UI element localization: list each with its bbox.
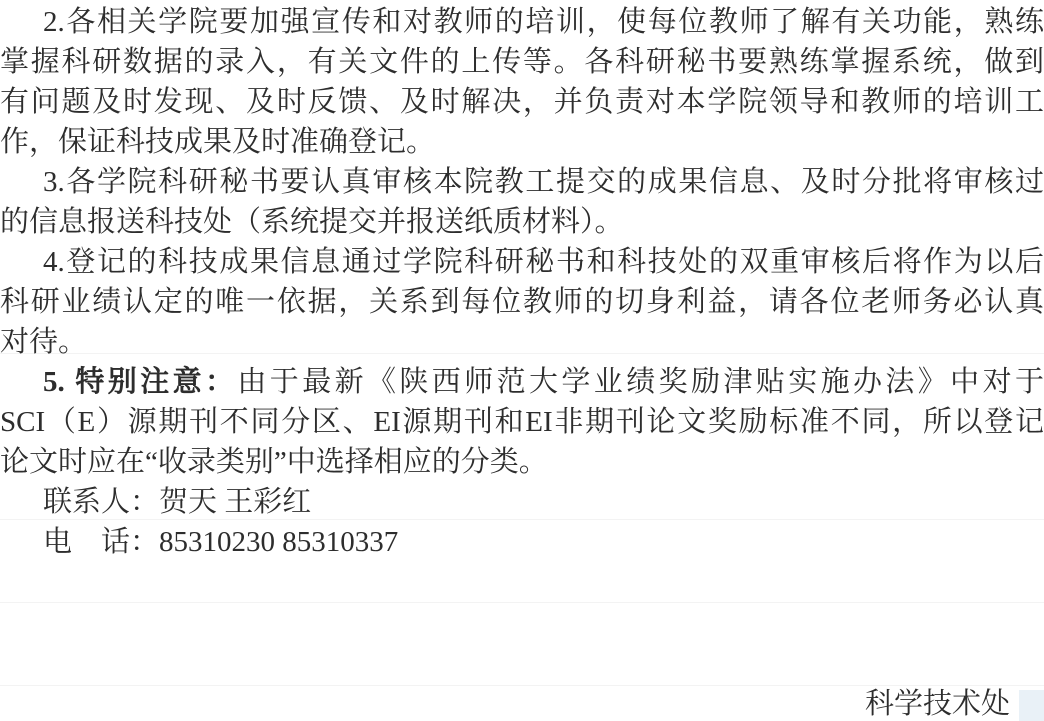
line-text: 电 话：85310230 85310337 <box>43 526 398 558</box>
text-line: 的信息报送科技处（系统提交并报送纸质材料）。 <box>0 202 1044 242</box>
text-line: 论文时应在“收录类别”中选择相应的分类。 <box>0 442 1044 482</box>
line-text: 科研业绩认定的唯一依据，关系到每位教师的切身利益，请各位老师务必认真 <box>0 286 1044 318</box>
line-text: 有问题及时发现、及时反馈、及时解决，并负责对本学院领导和教师的培训工 <box>0 86 1044 118</box>
text-line: 掌握科研数据的录入，有关文件的上传等。各科研秘书要熟练掌握系统，做到 <box>0 42 1044 82</box>
line-text: 2.各相关学院要加强宣传和对教师的培训，使每位教师了解有关功能，熟练 <box>43 6 1044 38</box>
text-line: 科研业绩认定的唯一依据，关系到每位教师的切身利益，请各位老师务必认真 <box>0 282 1044 322</box>
line-text: 作，保证科技成果及时准确登记。 <box>0 126 435 158</box>
text-line: 对待。 <box>0 322 1044 362</box>
text-line: 有问题及时发现、及时反馈、及时解决，并负责对本学院领导和教师的培训工 <box>0 82 1044 122</box>
line-text: 联系人：贺天 王彩红 <box>43 486 311 518</box>
line-text: 掌握科研数据的录入，有关文件的上传等。各科研秘书要熟练掌握系统，做到 <box>0 46 1044 78</box>
text-line: 5. 特别注意：由于最新《陕西师范大学业绩奖励津贴实施办法》中对于 <box>0 362 1044 402</box>
render-artifact-hairline <box>0 602 1044 603</box>
text-line: 电 话：85310230 85310337 <box>0 522 1044 562</box>
signature-department: 科学技术处 <box>865 684 1010 721</box>
line-text: 3.各学院科研秘书要认真审核本院教工提交的成果信息、及时分批将审核过 <box>43 166 1044 198</box>
line-text: 对待。 <box>0 326 87 358</box>
text-line: 2.各相关学院要加强宣传和对教师的培训，使每位教师了解有关功能，熟练 <box>0 2 1044 42</box>
text-line: 作，保证科技成果及时准确登记。 <box>0 122 1044 162</box>
corner-highlight-block <box>1019 690 1044 721</box>
text-line: 4.登记的科技成果信息通过学院科研秘书和科技处的双重审核后将作为以后 <box>0 242 1044 282</box>
text-line: SCI（E）源期刊不同分区、EI源期刊和EI非期刊论文奖励标准不同，所以登记 <box>0 402 1044 442</box>
line-text: 由于最新《陕西师范大学业绩奖励津贴实施办法》中对于 <box>237 366 1044 398</box>
line-text: 论文时应在“收录类别”中选择相应的分类。 <box>0 446 548 478</box>
line-text: SCI（E）源期刊不同分区、EI源期刊和EI非期刊论文奖励标准不同，所以登记 <box>0 406 1044 438</box>
text-line: 3.各学院科研秘书要认真审核本院教工提交的成果信息、及时分批将审核过 <box>0 162 1044 202</box>
line-text: 4.登记的科技成果信息通过学院科研秘书和科技处的双重审核后将作为以后 <box>43 246 1044 278</box>
line-text: 的信息报送科技处（系统提交并报送纸质材料）。 <box>0 206 624 238</box>
text-line: 联系人：贺天 王彩红 <box>0 482 1044 522</box>
line-bold-text: 5. 特别注意： <box>43 366 237 398</box>
document-page: 2.各相关学院要加强宣传和对教师的培训，使每位教师了解有关功能，熟练掌握科研数据… <box>0 0 1044 721</box>
